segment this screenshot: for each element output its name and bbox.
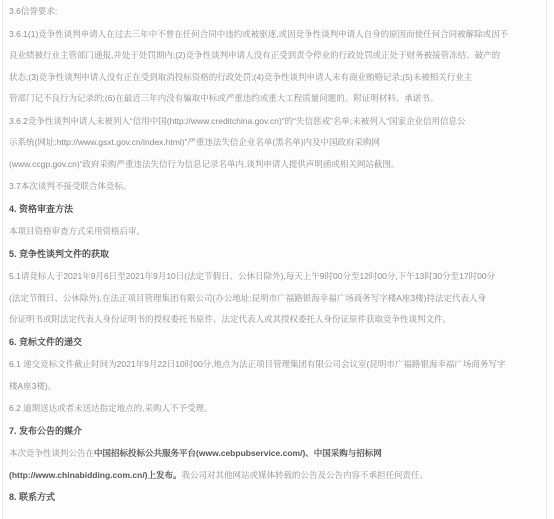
text-run: 5.1请竞标人于2021年9月6日至2021年9月10日(法定节假日、公休日除外… bbox=[9, 271, 495, 324]
text-run: 3.7本次谈判不接受联合体竞标。 bbox=[9, 181, 131, 191]
text-run: 7. 发布公告的媒介 bbox=[9, 426, 82, 436]
paragraph: 本项目资格审查方式采用资格后审。 bbox=[9, 221, 542, 243]
paragraph: 6.2 逾期送达或者未送达指定地点的,采购人不予受理。 bbox=[9, 398, 542, 420]
paragraph: 本次竞争性谈判公告在中国招标投标公共服务平台(www.cebpubservice… bbox=[9, 443, 542, 486]
text-run: 3.6.1(1)竞争性谈判申请人在过去三年中不曾在任何合同中违约或被驱逐,或因竞… bbox=[9, 29, 508, 104]
text-run: 本项目资格审查方式采用资格后审。 bbox=[9, 226, 145, 236]
text-run: 6.1 递交竞标文件截止时间为2021年9月22日10时00分,地点为法正项目管… bbox=[9, 359, 505, 391]
section-heading: 8. 联系方式 bbox=[9, 487, 542, 509]
text-run: 4. 资格审查方法 bbox=[9, 204, 73, 214]
section-heading: 7. 发布公告的媒介 bbox=[9, 421, 542, 443]
paragraph: 3.7本次谈判不接受联合体竞标。 bbox=[9, 176, 542, 198]
text-run: 3.6信誉要求: bbox=[9, 6, 57, 16]
document-panel: 3.6信誉要求:3.6.1(1)竞争性谈判申请人在过去三年中不曾在任何合同中违约… bbox=[2, 0, 547, 519]
paragraph: 3.6信誉要求: bbox=[9, 1, 542, 23]
paragraph: 5.1请竞标人于2021年9月6日至2021年9月10日(法定节假日、公休日除外… bbox=[9, 266, 542, 331]
text-run: 本次竞争性谈判公告在 bbox=[9, 448, 94, 458]
paragraph: 3.6.1(1)竞争性谈判申请人在过去三年中不曾在任何合同中违约或被驱逐,或因竞… bbox=[9, 24, 542, 110]
document-body: 3.6信誉要求:3.6.1(1)竞争性谈判申请人在过去三年中不曾在任何合同中违约… bbox=[9, 1, 542, 509]
text-run: 6.2 逾期送达或者未送达指定地点的,采购人不予受理。 bbox=[9, 403, 213, 413]
section-heading: 5. 竞争性谈判文件的获取 bbox=[9, 244, 542, 266]
section-heading: 4. 资格审查方法 bbox=[9, 199, 542, 221]
paragraph: 6.1 递交竞标文件截止时间为2021年9月22日10时00分,地点为法正项目管… bbox=[9, 354, 542, 397]
text-run: 3.6.2竞争性谈判申请人未被列入“信用中国(http://www.credit… bbox=[9, 116, 466, 169]
paragraph: 3.6.2竞争性谈判申请人未被列入“信用中国(http://www.credit… bbox=[9, 111, 542, 176]
text-run: 我公司对其他网站或媒体转载的公告及公告内容不承担任何责任。 bbox=[182, 470, 429, 480]
section-heading: 6. 竞标文件的递交 bbox=[9, 332, 542, 354]
text-run: 5. 竞争性谈判文件的获取 bbox=[9, 249, 109, 259]
text-run: 6. 竞标文件的递交 bbox=[9, 337, 82, 347]
text-run: 8. 联系方式 bbox=[9, 492, 55, 502]
